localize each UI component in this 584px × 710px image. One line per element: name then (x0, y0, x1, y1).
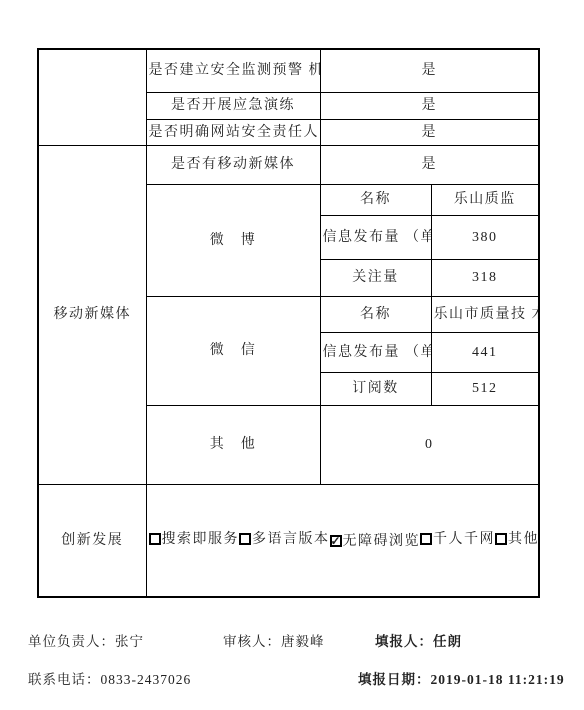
phone-field: 联系电话：0833-2437026 (28, 672, 191, 688)
report-date-label: 填报日期： (358, 672, 431, 687)
wechat-subscribers-key-cell: 订阅数 (320, 372, 431, 405)
checkbox-accessibility[interactable]: ✓ (330, 535, 342, 547)
security-question-cell: 是否明确网站安全责任人 (146, 119, 320, 145)
section-cell-mobile-media: 移动新媒体 (38, 145, 146, 484)
weibo-followers-key-cell: 关注量 (320, 259, 431, 296)
wechat-posts-key-cell: 信息发布量 （单位：条） (320, 332, 431, 372)
weibo-posts-key-cell: 信息发布量 （单位：条） (320, 215, 431, 259)
security-answer-cell: 是 (320, 92, 539, 119)
security-answer-cell: 是 (320, 49, 539, 92)
report-date-value: 2019-01-18 11:21:19 (431, 672, 565, 687)
other-media-value-cell: 0 (320, 405, 539, 484)
section-cell-empty (38, 49, 146, 145)
security-question-cell: 是否开展应急演练 (146, 92, 320, 119)
weibo-name-value-cell: 乐山质监 (431, 184, 539, 215)
section-cell-innovation: 创新发展 (38, 484, 146, 597)
security-question-cell: 是否建立安全监测预警 机制 (146, 49, 320, 92)
filler-field: 填报人：任朗 (375, 634, 462, 650)
reviewer-value: 唐毅峰 (281, 634, 325, 649)
checkbox-label: 搜索即服务 (162, 529, 240, 550)
wechat-label-cell: 微 信 (146, 296, 320, 405)
wechat-name-value-cell: 乐山市质量技 术监督局 (431, 296, 539, 332)
table-row: 移动新媒体 是否有移动新媒体 是 (38, 145, 539, 184)
checkbox-multilingual[interactable] (239, 533, 251, 545)
checkbox-label: 无障碍浏览 (343, 531, 421, 552)
option-multilingual: 多语言版本 (239, 529, 330, 550)
report-page: 是否建立安全监测预警 机制 是 是否开展应急演练 是 是否明确网站安全责任人 是… (0, 0, 584, 710)
checkbox-other[interactable] (495, 533, 507, 545)
reviewer-label: 审核人： (223, 634, 281, 649)
checkbox-search-as-service[interactable] (149, 533, 161, 545)
phone-label: 联系电话： (28, 672, 101, 687)
report-table: 是否建立安全监测预警 机制 是 是否开展应急演练 是 是否明确网站安全责任人 是… (37, 48, 540, 598)
report-date-field: 填报日期：2019-01-18 11:21:19 (358, 672, 565, 688)
unit-head-label: 单位负责人： (28, 634, 115, 649)
wechat-subscribers-value-cell: 512 (431, 372, 539, 405)
option-other: 其他 (495, 529, 539, 550)
wechat-name-key-cell: 名称 (320, 296, 431, 332)
checkbox-label: 多语言版本 (252, 529, 330, 550)
option-search-as-service: 搜索即服务 (149, 529, 240, 550)
filler-value: 任朗 (433, 634, 462, 649)
table-row: 是否建立安全监测预警 机制 是 (38, 49, 539, 92)
checkbox-thousand-sites[interactable] (420, 533, 432, 545)
weibo-followers-value-cell: 318 (431, 259, 539, 296)
weibo-posts-value-cell: 380 (431, 215, 539, 259)
security-answer-cell: 是 (320, 119, 539, 145)
unit-head-field: 单位负责人：张宁 (28, 634, 144, 650)
option-accessibility: ✓无障碍浏览 (330, 531, 421, 552)
innovation-options-cell: 搜索即服务多语言版本✓无障碍浏览千人千网其他 (146, 484, 539, 597)
option-thousand-sites: 千人千网 (420, 529, 495, 550)
table-row: 创新发展 搜索即服务多语言版本✓无障碍浏览千人千网其他 (38, 484, 539, 597)
phone-value: 0833-2437026 (101, 672, 192, 687)
filler-label: 填报人： (375, 634, 433, 649)
has-mobile-question-cell: 是否有移动新媒体 (146, 145, 320, 184)
checkbox-label: 其他 (508, 529, 539, 550)
weibo-name-key-cell: 名称 (320, 184, 431, 215)
weibo-label-cell: 微 博 (146, 184, 320, 296)
other-media-label-cell: 其 他 (146, 405, 320, 484)
reviewer-field: 审核人：唐毅峰 (223, 634, 325, 650)
unit-head-value: 张宁 (115, 634, 144, 649)
wechat-posts-value-cell: 441 (431, 332, 539, 372)
has-mobile-answer-cell: 是 (320, 145, 539, 184)
checkbox-label: 千人千网 (433, 529, 495, 550)
